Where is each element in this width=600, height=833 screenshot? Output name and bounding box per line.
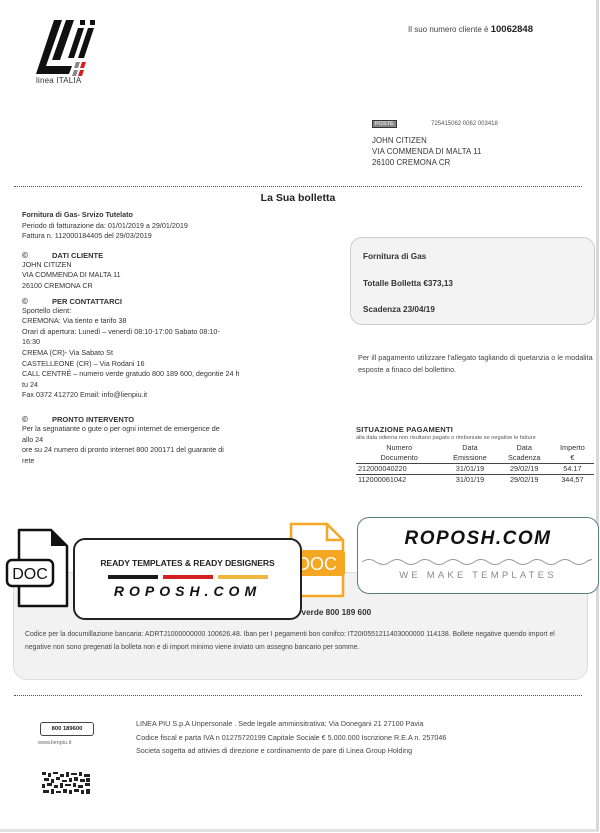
table-cell: 29/02/19 [498, 464, 551, 475]
client-street: VIA COMMENDA DI MALTA 11 [22, 270, 332, 281]
contact-line: Sportello client: [22, 306, 332, 317]
company-line: Codice fiscal e parta IVA n 01275720199 … [136, 731, 446, 745]
section-title: PER CONTATTARCI [52, 297, 122, 306]
summary-supply: Fornitura di Gas [363, 252, 426, 261]
divider [14, 695, 582, 696]
copyright-icon: © [22, 251, 32, 260]
column-header: Numero [356, 443, 442, 453]
section-title: DATI CLIENTE [52, 251, 103, 260]
banner-tagline: READY TEMPLATES & READY DESIGNERS [75, 558, 300, 568]
website: www.lienpiu.it [38, 740, 71, 746]
billing-period: Periodo di fatturazione da: 01/01/2019 a… [22, 221, 332, 232]
page-title: La Sua bolletta [0, 192, 596, 204]
section-title: PRONTO INTERVENTO [52, 415, 134, 424]
payment-note: Per ill pagamento utilizzare l'allegato … [358, 352, 593, 375]
barcode-number: 725415062 0062 003418 [431, 121, 498, 127]
recipient-name: JOHN CITIZEN [372, 135, 498, 146]
emergency-line: rete [22, 456, 332, 467]
emergency-line: allo 24 [22, 435, 332, 446]
banner-site: ROPOSH.COM [75, 583, 300, 599]
client-number-label: Il suo numero cliente è [408, 25, 489, 34]
client-city: 26100 CREMONA CR [22, 281, 332, 292]
watermark-banner: READY TEMPLATES & READY DESIGNERS ROPOSH… [73, 538, 302, 620]
emergency-line: Per la segnatiante o gute o per ogni int… [22, 424, 332, 435]
client-data-heading: © DATI CLIENTE [22, 251, 332, 260]
qr-code-icon [42, 772, 90, 794]
column-header: € [551, 453, 594, 464]
stripe-black [108, 575, 158, 579]
postage-badge: POSTE [372, 120, 397, 128]
recipient-address: POSTE 725415062 0062 003418 JOHN CITIZEN… [372, 115, 498, 168]
stripe-red [163, 575, 213, 579]
column-header: Data [442, 443, 497, 453]
company-line: Societa sogetta ad attivies di direzione… [136, 744, 446, 758]
recipient-street: VIA COMMENDA DI MALTA 11 [372, 146, 498, 157]
bill-summary-box: Fornitura di Gas Totalle Bolletta €373,1… [350, 237, 595, 325]
contact-heading: © PER CONTATTARCI [22, 297, 332, 306]
wave-divider-icon [362, 556, 592, 568]
contact-line: Fax 0372 412720 Email: info@lienpiu.it [22, 390, 332, 401]
left-column: Fornitura di Gas- Srvizo Tutelato Period… [22, 210, 332, 466]
recipient-city: 26100 CREMONA CR [372, 157, 498, 168]
doc-file-icon: DOC [5, 528, 71, 608]
phone-badge-text: 800 189600 [52, 726, 83, 732]
table-cell: 112000061042 [356, 475, 442, 486]
company-info: LINEA PIU S.p.A Unpersonale . Sede legal… [136, 717, 446, 758]
supply-heading: Fornitura di Gas- Srvizo Tutelato [22, 210, 332, 221]
copyright-icon: © [22, 297, 32, 306]
table-cell: 29/02/19 [498, 475, 551, 486]
summary-total: Totalle Bolletta €373,13 [363, 279, 453, 288]
contact-line: Orari di apertura: Lunedì – venerdì 08:1… [22, 327, 332, 338]
client-name: JOHN CITIZEN [22, 260, 332, 271]
table-cell: 212000040220 [356, 464, 442, 475]
payment-status: SITUAZIONE PAGAMENTI alla data odierna n… [356, 425, 594, 485]
table-cell: 31/01/19 [442, 475, 497, 486]
contact-line: CASTELLEONE (CR) – Via Rodani 16 [22, 359, 332, 370]
emergency-heading: © PRONTO INTERVENTO [22, 415, 332, 424]
table-row: 11200006104231/01/1929/02/19344,57 [356, 475, 594, 486]
divider [14, 186, 582, 187]
column-header: Documento [356, 453, 442, 464]
table-row: 21200004022031/01/1929/02/1954.17 [356, 464, 594, 475]
table-cell: 344,57 [551, 475, 594, 486]
invoice-page: linea ITALIA Il suo numero cliente è 100… [0, 0, 599, 832]
bank-details: Codice per la documillazione bancaria: A… [25, 629, 570, 654]
payment-status-subtitle: alla data odierna non risultano pagato o… [356, 434, 594, 442]
column-header: Imperto [551, 443, 594, 453]
phone-badge: 800 189600 [40, 722, 94, 736]
table-cell: 54.17 [551, 464, 594, 475]
doc-label: DOC [297, 554, 337, 574]
contact-line: CREMONA: Via tiento e tarifo 38 [22, 316, 332, 327]
contact-line: tu 24 [22, 380, 332, 391]
invoice-number: Fattura n. 112000184405 del 29/03/2019 [22, 231, 332, 242]
company-line: LINEA PIU S.p.A Unpersonale . Sede legal… [136, 717, 446, 731]
logo-text: linea ITALIA [36, 76, 81, 85]
emergency-lines: Per la segnatiante o gute o per ogni int… [22, 424, 332, 466]
payment-status-title: SITUAZIONE PAGAMENTI [356, 425, 594, 434]
contact-line: 16:30 [22, 337, 332, 348]
color-stripes [108, 575, 270, 579]
roposh-site: ROPOSH.COM [358, 528, 598, 550]
contact-lines: Sportello client:CREMONA: Via tiento e t… [22, 306, 332, 401]
column-header: Emissione [442, 453, 497, 464]
copyright-icon: © [22, 415, 32, 424]
table-cell: 31/01/19 [442, 464, 497, 475]
column-header: Scadenza [498, 453, 551, 464]
emergency-line: ore su 24 numero di pronto internet 800 … [22, 445, 332, 456]
contact-line: CALL CENTRÉ – numero verde gratudo 800 1… [22, 369, 332, 380]
roposh-badge: ROPOSH.COM WE MAKE TEMPLATES [357, 517, 599, 594]
client-number-value: 10062848 [491, 24, 533, 35]
payments-table: NumeroDataDataImpertoDocumentoEmissioneS… [356, 443, 594, 485]
doc-label: DOC [12, 566, 48, 583]
roposh-tagline: WE MAKE TEMPLATES [358, 570, 598, 581]
column-header: Data [498, 443, 551, 453]
client-number: Il suo numero cliente è 10062848 [408, 24, 533, 35]
stripe-yellow [218, 575, 268, 579]
contact-line: CREMA (CR)- Via Sabato St [22, 348, 332, 359]
summary-due-date: Scadenza 23/04/19 [363, 305, 435, 314]
